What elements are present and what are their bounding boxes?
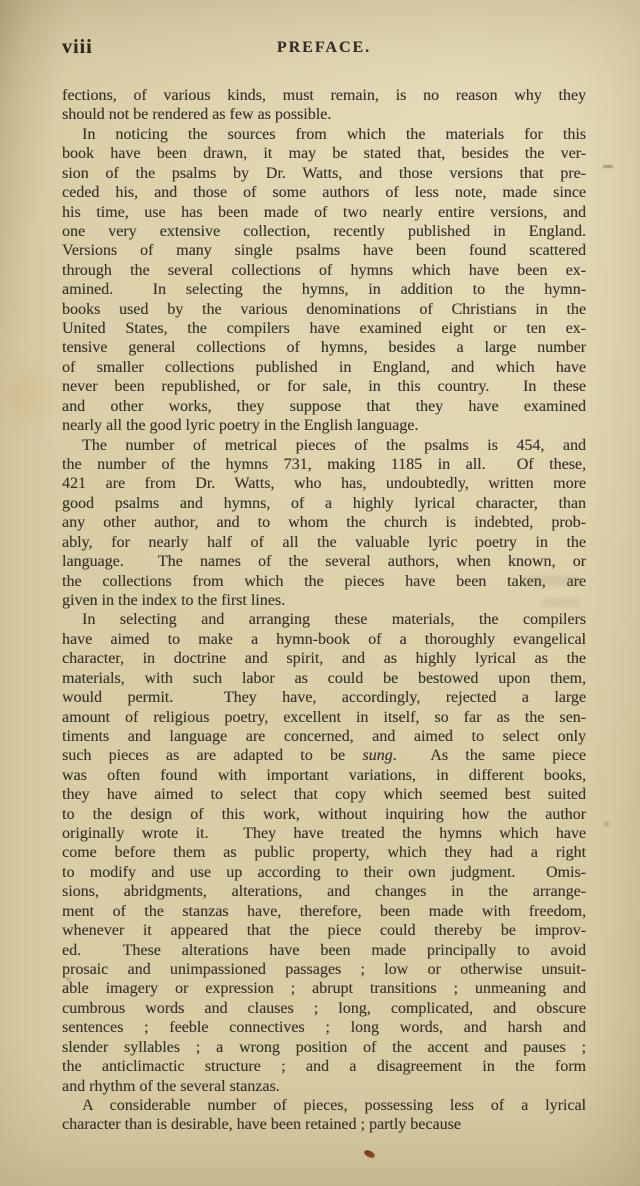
text-line: nearly all the good lyric poetry in the … bbox=[62, 416, 586, 435]
text-line: of smaller collections published in Engl… bbox=[62, 358, 586, 377]
text-line: sion of the psalms by Dr. Watts, and tho… bbox=[62, 164, 586, 183]
text-line: slender syllables ; a wrong position of … bbox=[62, 1038, 586, 1057]
text-line: sentences ; feeble connectives ; long wo… bbox=[62, 1018, 586, 1037]
scanned-page: { "page": { "header": { "page_number": "… bbox=[0, 0, 640, 1186]
text-line: through the several collections of hymns… bbox=[62, 261, 586, 280]
text-line: amount of religious poetry, excellent in… bbox=[62, 708, 586, 727]
running-title: PREFACE. bbox=[62, 39, 586, 57]
text-line: In noticing the sources from which the m… bbox=[62, 125, 586, 144]
text-line: originally wrote it. They have treated t… bbox=[62, 824, 586, 843]
text-line: A considerable number of pieces, possess… bbox=[62, 1096, 586, 1115]
text-line: ment of the stanzas have, therefore, bee… bbox=[62, 902, 586, 921]
text-line: timents and language are concerned, and … bbox=[62, 727, 586, 746]
text-line: fections, of various kinds, must remain,… bbox=[62, 86, 586, 105]
text-line: such pieces as are adapted to be sung. A… bbox=[62, 746, 586, 765]
text-line: and rhythm of the several stanzas. bbox=[62, 1077, 586, 1096]
text-line: any other author, and to whom the church… bbox=[62, 513, 586, 532]
text-line: prosaic and unimpassioned passages ; low… bbox=[62, 960, 586, 979]
text-line: they have aimed to select that copy whic… bbox=[62, 785, 586, 804]
text-line: the anticlimactic structure ; and a disa… bbox=[62, 1057, 586, 1076]
text-line: ably, for nearly half of all the valuabl… bbox=[62, 533, 586, 552]
text-line: have aimed to make a hymn-book of a thor… bbox=[62, 630, 586, 649]
text-line: sions, abridgments, alterations, and cha… bbox=[62, 882, 586, 901]
text-line: the collections from which the pieces ha… bbox=[62, 572, 586, 591]
text-block: fections, of various kinds, must remain,… bbox=[62, 86, 586, 1135]
text-line: would permit. They have, accordingly, re… bbox=[62, 688, 586, 707]
text-line: 421 are from Dr. Watts, who has, undoubt… bbox=[62, 474, 586, 493]
text-line: tensive general collections of hymns, be… bbox=[62, 338, 586, 357]
text-line: never been republished, or for sale, in … bbox=[62, 377, 586, 396]
text-line: ed. These alterations have been made pri… bbox=[62, 941, 586, 960]
text-line: one very extensive collection, recently … bbox=[62, 222, 586, 241]
text-line: In selecting and arranging these materia… bbox=[62, 610, 586, 629]
text-line: his time, use has been made of two nearl… bbox=[62, 203, 586, 222]
text-line: Versions of many single psalms have been… bbox=[62, 241, 586, 260]
text-line: should not be rendered as few as possibl… bbox=[62, 105, 586, 124]
text-line: amined. In selecting the hymns, in addit… bbox=[62, 280, 586, 299]
text-line: to the design of this work, without inqu… bbox=[62, 805, 586, 824]
text-line: given in the index to the first lines. bbox=[62, 591, 586, 610]
text-line: cumbrous words and clauses ; long, compl… bbox=[62, 999, 586, 1018]
text-line: character than is desirable, have been r… bbox=[62, 1115, 586, 1134]
text-line: the number of the hymns 731, making 1185… bbox=[62, 455, 586, 474]
text-line: book have been drawn, it may be stated t… bbox=[62, 144, 586, 163]
text-line: materials, with such labor as could be b… bbox=[62, 669, 586, 688]
text-line: was often found with important variation… bbox=[62, 766, 586, 785]
text-line: good psalms and hymns, of a highly lyric… bbox=[62, 494, 586, 513]
text-line: ceded his, and those of some authors of … bbox=[62, 183, 586, 202]
text-line: character, in doctrine and spirit, and a… bbox=[62, 649, 586, 668]
text-line: United States, the compilers have examin… bbox=[62, 319, 586, 338]
text-line: able imagery or expression ; abrupt tran… bbox=[62, 979, 586, 998]
text-line: and other works, they suppose that they … bbox=[62, 397, 586, 416]
text-line: come before them as public property, whi… bbox=[62, 843, 586, 862]
page-header: viii PREFACE. bbox=[62, 36, 586, 62]
text-line: books used by the various denominations … bbox=[62, 300, 586, 319]
text-line: language. The names of the several autho… bbox=[62, 552, 586, 571]
text-line: The number of metrical pieces of the psa… bbox=[62, 436, 586, 455]
text-line: to modify and use up according to their … bbox=[62, 863, 586, 882]
text-line: whenever it appeared that the piece coul… bbox=[62, 921, 586, 940]
